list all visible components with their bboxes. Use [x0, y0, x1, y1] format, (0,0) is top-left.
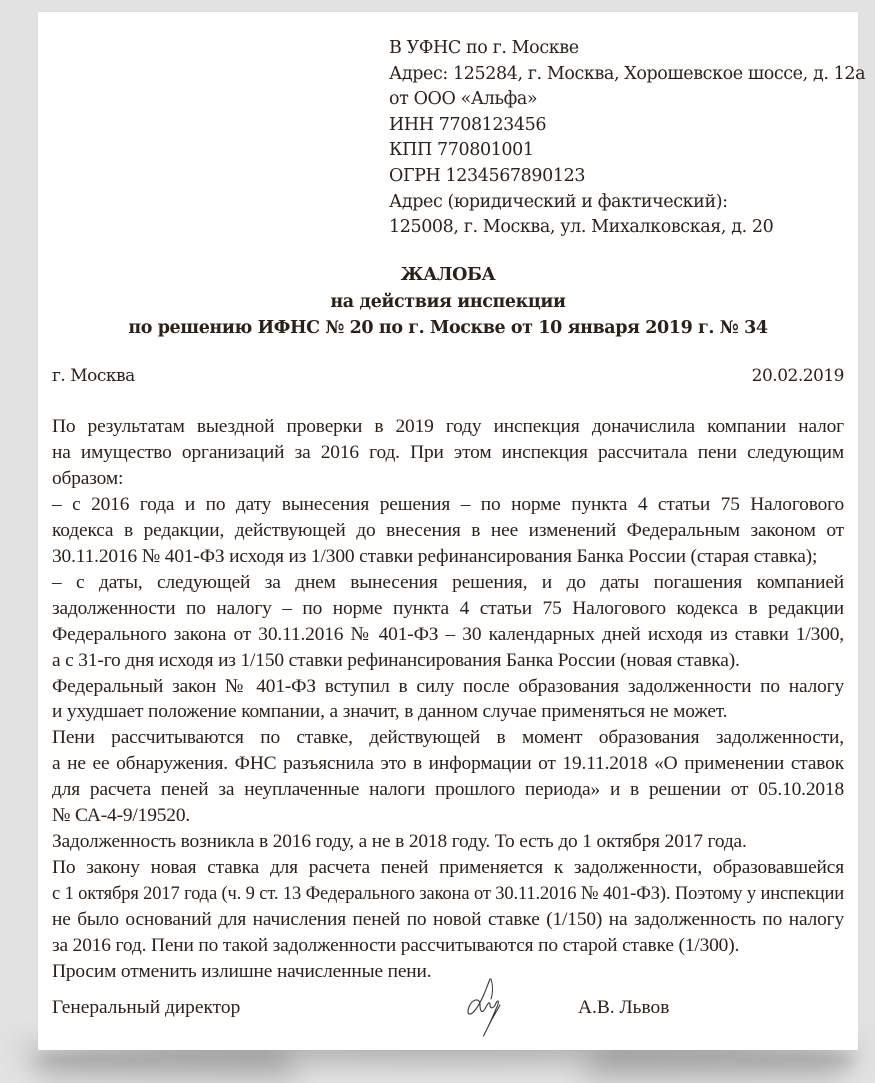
place-date-row: г. Москва 20.02.2019 — [52, 366, 844, 386]
signatory-position: Генеральный директор — [52, 997, 240, 1019]
body-line: задолженности по налогу – по норме пункт… — [52, 596, 844, 622]
body-line: № СА-4-9/19520. — [52, 803, 844, 829]
body-line: для расчета пеней за неуплаченные налоги… — [52, 777, 844, 803]
title-heading: ЖАЛОБА — [38, 262, 858, 289]
addressee-line: Адрес: 125284, г. Москва, Хорошевское шо… — [389, 62, 865, 88]
document-title: ЖАЛОБА на действия инспекции по решению … — [38, 262, 858, 342]
document-page: В УФНС по г. Москве Адрес: 125284, г. Мо… — [38, 12, 858, 1050]
complaint-body: По результатам выездной проверки в 2019 … — [52, 414, 844, 985]
body-line: за 2016 год. Пени по такой задолженности… — [52, 933, 844, 959]
addressee-block: В УФНС по г. Москве Адрес: 125284, г. Мо… — [389, 36, 865, 241]
document-date: 20.02.2019 — [752, 366, 844, 386]
title-reference: по решению ИФНС № 20 по г. Москве от 10 … — [38, 315, 858, 342]
addressee-line: от ООО «Альфа» — [389, 87, 865, 113]
body-line: на имущество организаций за 2016 год. Пр… — [52, 440, 844, 466]
body-line: не было оснований для начисления пеней п… — [52, 907, 844, 933]
addressee-line: ОГРН 1234567890123 — [389, 164, 865, 190]
body-line: а с 31-го дня исходя из 1/150 ставки реф… — [52, 648, 844, 674]
body-line: По закону новая ставка для расчета пеней… — [52, 855, 844, 881]
signatory-name: А.В. Львов — [578, 997, 669, 1019]
body-line: Задолженность возникла в 2016 году, а не… — [52, 829, 844, 855]
addressee-line: ИНН 7708123456 — [389, 113, 865, 139]
body-line: с 1 октября 2017 года (ч. 9 ст. 13 Федер… — [52, 881, 844, 907]
addressee-line: КПП 770801001 — [389, 138, 865, 164]
title-subtitle: на действия инспекции — [38, 289, 858, 316]
addressee-line: В УФНС по г. Москве — [389, 36, 865, 62]
handwritten-signature-icon — [460, 975, 510, 1039]
body-line: а не ее обнаружения. ФНС разъяснила это … — [52, 751, 844, 777]
body-line: кодекса в редакции, действующей до внесе… — [52, 518, 844, 544]
body-line: Пени рассчитываются по ставке, действующ… — [52, 725, 844, 751]
body-line: Просим отменить излишне начисленные пени… — [52, 959, 844, 985]
body-line: По результатам выездной проверки в 2019 … — [52, 414, 844, 440]
body-line: Федерального закона от 30.11.2016 № 401-… — [52, 622, 844, 648]
body-line: и ухудшает положение компании, а значит,… — [52, 699, 844, 725]
body-line: – с даты, следующей за днем вынесения ре… — [52, 570, 844, 596]
addressee-line: Адрес (юридический и фактический): — [389, 190, 865, 216]
addressee-line: 125008, г. Москва, ул. Михалковская, д. … — [389, 215, 865, 241]
body-line: – с 2016 года и по дату вынесения решени… — [52, 492, 844, 518]
body-line: 30.11.2016 № 401-ФЗ исходя из 1/300 став… — [52, 544, 844, 570]
body-line: образом: — [52, 466, 844, 492]
body-line: Федеральный закон № 401-ФЗ вступил в сил… — [52, 674, 844, 700]
document-place: г. Москва — [52, 366, 135, 386]
